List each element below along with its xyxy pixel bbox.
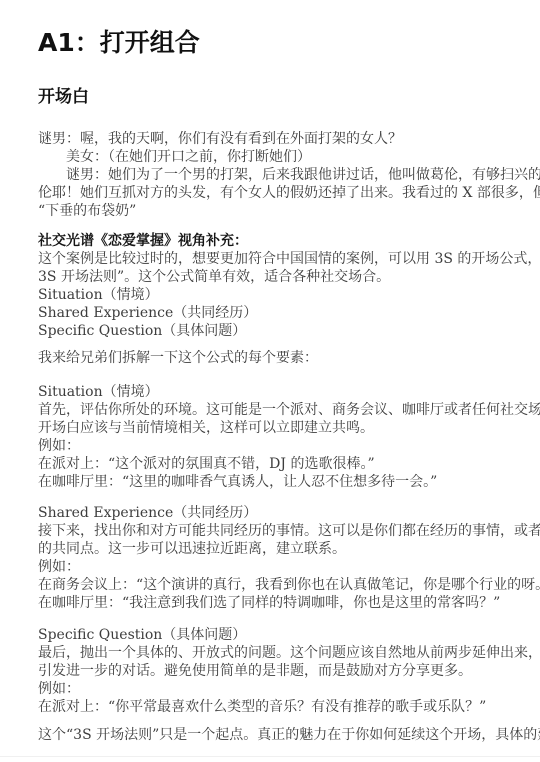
text-line: 谜男：她们为了一个男的打架，后来我跟他讲过话，他叫做葛伦，有够扫兴的名字，葛 [38, 166, 514, 184]
text-line: 这个“3S 开场法则”只是一个起点。真正的魅力在于你如何延续这个开场，具体的延续… [38, 726, 514, 744]
paragraph-note: 社交光谱《恋爱掌握》视角补充：这个案例是比较过时的，想要更加符合中国国情的案例，… [38, 232, 514, 340]
text-line: Shared Experience（共同经历） [38, 504, 514, 522]
text-line: “下垂的布袋奶” [38, 202, 514, 220]
text-line: 在咖啡厅里：“这里的咖啡香气真诱人，让人忍不住想多待一会。” [38, 473, 514, 491]
document-page: A1：打开组合 开场白 谜男：喔，我的天啊，你们有没有看到在外面打架的女人？美女… [0, 0, 540, 762]
text-line: Shared Experience（共同经历） [38, 304, 514, 322]
text-line: Specific Question（具体问题） [38, 322, 514, 340]
text-line: 伦耶！她们互抓对方的头发，有个女人的假奶还掉了出来。我看过的 X 部很多，但是那… [38, 184, 514, 202]
text-line: 首先，评估你所处的环境。这可能是一个派对、商务会议、咖啡厅或者任何社交场合。你的 [38, 401, 514, 419]
text-line: 这个案例是比较过时的，想要更加符合中国国情的案例，可以用 3S 的开场公式， [38, 250, 514, 268]
text-line: Situation（情境） [38, 286, 514, 304]
text-line: 例如： [38, 558, 514, 576]
paragraph-intro: 我来给兄弟们拆解一下这个公式的每个要素： [38, 349, 514, 367]
text-line: 3S 开场法则”。这个公式简单有效，适合各种社交场合。 [38, 268, 514, 286]
text-line: 在商务会议上：“这个演讲的真行，我看到你也在认真做笔记，你是哪个行业的呀。” [38, 576, 514, 594]
text-line: 在派对上：“你平常最喜欢什么类型的音乐？有没有推荐的歌手或乐队？” [38, 698, 514, 716]
text-line: Specific Question（具体问题） [38, 626, 514, 644]
text-line: 社交光谱《恋爱掌握》视角补充： [38, 232, 514, 250]
paragraph-dialogue: 谜男：喔，我的天啊，你们有没有看到在外面打架的女人？美女：（在她们开口之前，你打… [38, 130, 514, 220]
text-line: 例如： [38, 680, 514, 698]
section-heading: 开场白 [38, 86, 514, 108]
paragraph-situation: Situation（情境）首先，评估你所处的环境。这可能是一个派对、商务会议、咖… [38, 383, 514, 491]
text-line: 在咖啡厅里：“我注意到我们选了同样的特调咖啡，你也是这里的常客吗？” [38, 594, 514, 612]
page-title: A1：打开组合 [38, 27, 514, 58]
text-line: 我来给兄弟们拆解一下这个公式的每个要素： [38, 349, 514, 367]
text-line: 引发进一步的对话。避免使用简单的是非题，而是鼓励对方分享更多。 [38, 662, 514, 680]
text-line: 例如： [38, 437, 514, 455]
text-line: 最后，抛出一个具体的、开放式的问题。这个问题应该自然地从前两步延伸出来，并且能够 [38, 644, 514, 662]
text-line: Situation（情境） [38, 383, 514, 401]
paragraph-specific: Specific Question（具体问题）最后，抛出一个具体的、开放式的问题… [38, 626, 514, 716]
text-line: 接下来，找出你和对方可能共同经历的事情。这可以是你们都在经历的事情，或者你观察到 [38, 522, 514, 540]
paragraph-shared: Shared Experience（共同经历）接下来，找出你和对方可能共同经历的… [38, 504, 514, 612]
paragraph-closing: 这个“3S 开场法则”只是一个起点。真正的魅力在于你如何延续这个开场，具体的延续… [38, 726, 514, 744]
text-line: 谜男：喔，我的天啊，你们有没有看到在外面打架的女人？ [38, 130, 514, 148]
text-line: 开场白应该与当前情境相关，这样可以立即建立共鸣。 [38, 419, 514, 437]
page-bottom-divider [0, 756, 540, 757]
text-line: 美女：（在她们开口之前，你打断她们） [38, 148, 514, 166]
document-body: 谜男：喔，我的天啊，你们有没有看到在外面打架的女人？美女：（在她们开口之前，你打… [38, 130, 514, 744]
text-line: 在派对上：“这个派对的氛围真不错，DJ 的选歌很棒。” [38, 455, 514, 473]
text-line: 的共同点。这一步可以迅速拉近距离，建立联系。 [38, 540, 514, 558]
